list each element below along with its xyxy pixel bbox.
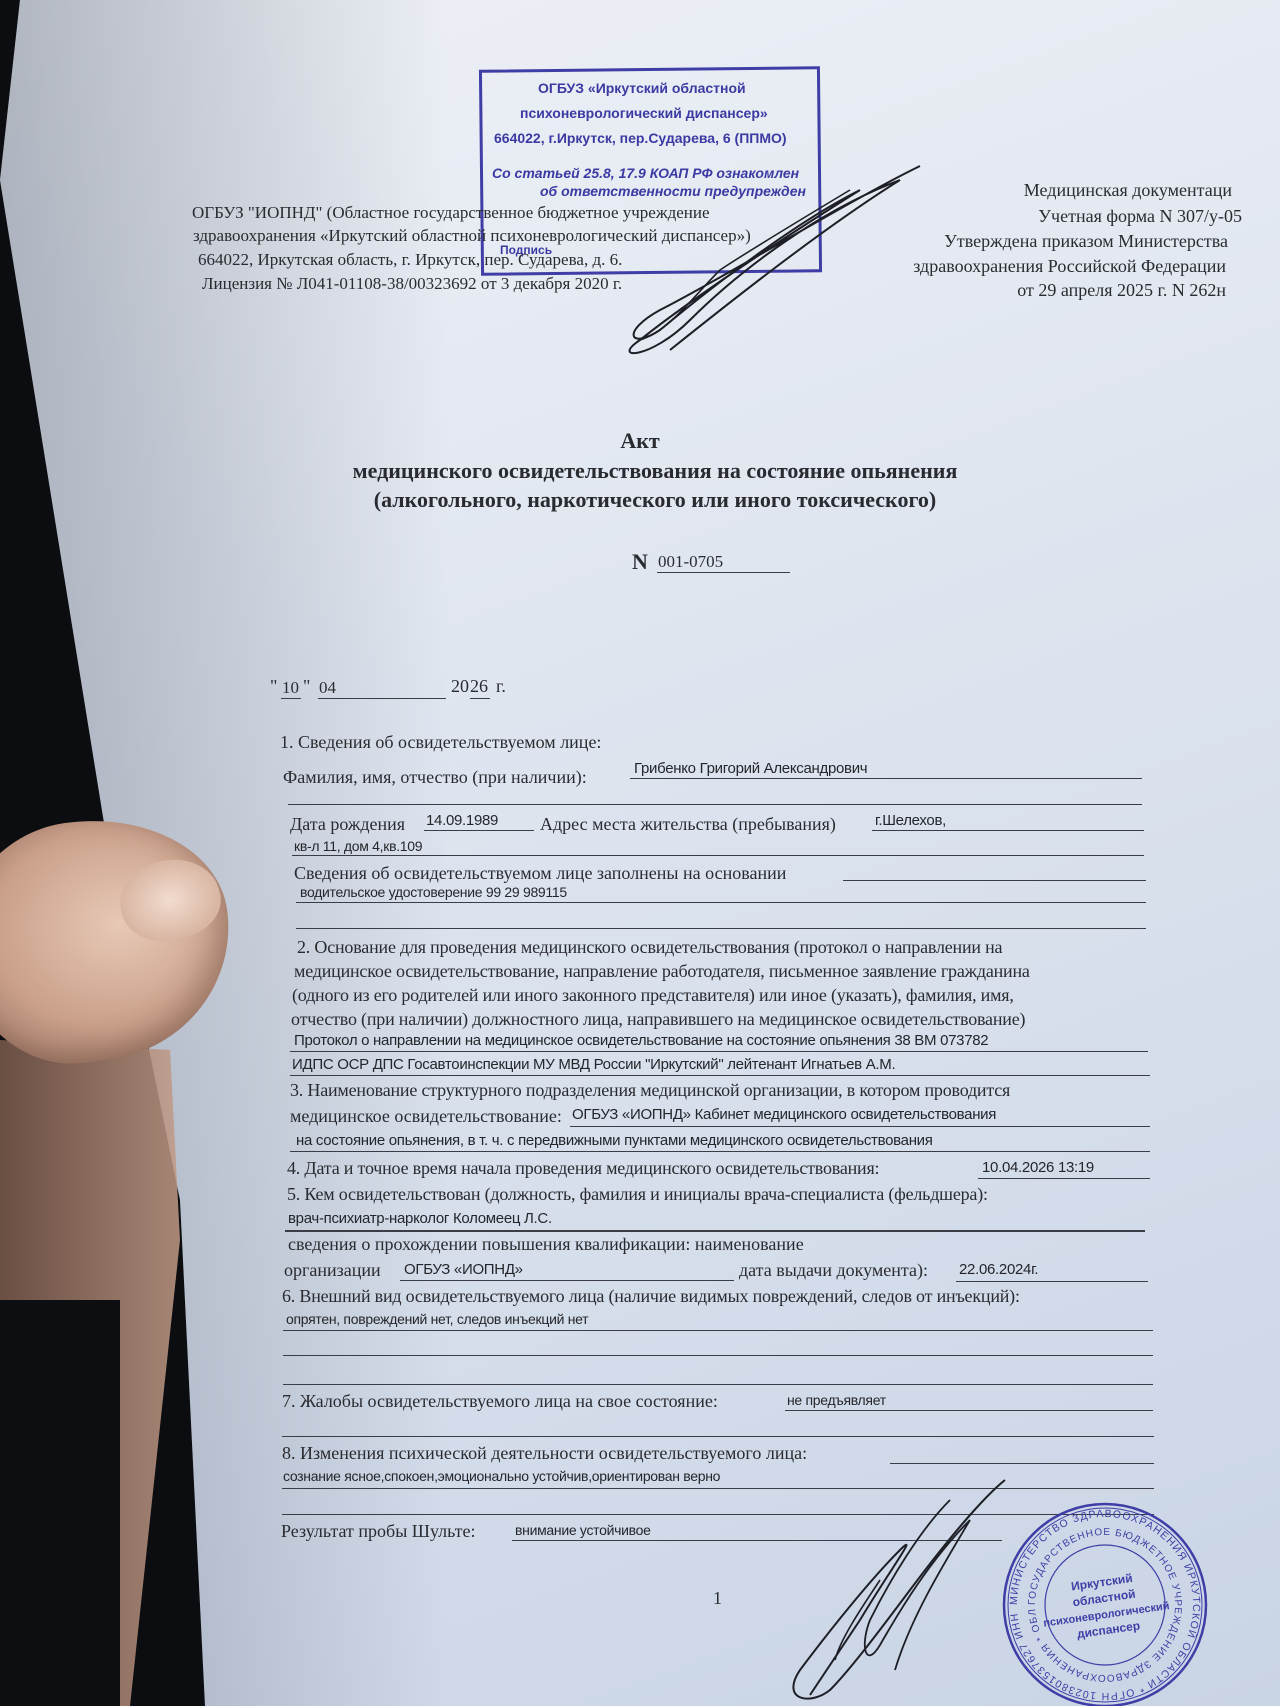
fio-label: Фамилия, имя, отчество (при наличии):	[283, 767, 587, 788]
complaints-value: не предъявляет	[787, 1392, 886, 1408]
address-value-continued: кв-л 11, дом 4,кв.109	[294, 838, 422, 854]
date-day: 10	[282, 678, 299, 698]
act-number: 001-0705	[658, 552, 723, 572]
basis-label: Сведения об освидетельствуемом лице запо…	[294, 863, 786, 884]
number-label: N	[632, 549, 648, 575]
examiner-value: врач-психиатр-нарколог Коломеец Л.С.	[288, 1210, 552, 1227]
date-year-prefix: 20	[451, 676, 469, 697]
section4-label: 4. Дата и точное время начала проведения…	[287, 1158, 879, 1179]
org-header-line: здравоохранения «Иркутский областной пси…	[193, 226, 751, 246]
issue-date-label: дата выдачи документа):	[739, 1260, 928, 1281]
section8-label: 8. Изменения психической деятельности ос…	[282, 1443, 807, 1464]
address-value: г.Шелехов,	[875, 812, 946, 829]
document-subtitle: медицинского освидетельствования на сост…	[0, 458, 1280, 484]
org-header-line: 664022, Иркутская область, г. Иркутск, п…	[198, 250, 622, 270]
form-header-line: здравоохранения Российской Федерации	[913, 256, 1226, 277]
exam-start-datetime: 10.04.2026 13:19	[982, 1159, 1094, 1176]
section2-text: медицинское освидетельствование, направл…	[294, 961, 1030, 982]
round-seal-stamp: МИНИСТЕРСТВО ЗДРАВООХРАНЕНИЯ ИРКУТСКОЙ О…	[1000, 1500, 1210, 1706]
section3-label: медицинское освидетельствование:	[290, 1106, 562, 1127]
section2-text: отчество (при наличии) должностного лица…	[291, 1009, 1025, 1030]
issue-date-value: 22.06.2024г.	[959, 1261, 1038, 1278]
section2-text: 2. Основание для проведения медицинского…	[297, 937, 1002, 958]
form-header-line: Медицинская документаци	[1024, 180, 1232, 201]
address-label: Адрес места жительства (пребывания)	[540, 814, 836, 835]
schulte-label: Результат пробы Шульте:	[281, 1521, 476, 1542]
stamp-line: психоневрологический диспансер»	[520, 105, 768, 121]
dob-value: 14.09.1989	[426, 812, 498, 829]
stamp-line: 664022, г.Иркутск, пер.Сударева, 6 (ППМО…	[494, 130, 787, 146]
section2-text: (одного из его родителей или иного закон…	[292, 985, 1014, 1006]
section7-label: 7. Жалобы освидетельствуемого лица на св…	[282, 1391, 718, 1412]
form-header-line: Утверждена приказом Министерства	[944, 231, 1228, 252]
section3-value-continued: на состояние опьянения, в т. ч. с передв…	[296, 1132, 933, 1149]
document-title: Акт	[0, 428, 1280, 454]
schulte-value: внимание устойчивое	[515, 1522, 651, 1538]
stamp-line: Со статьей 25.8, 17.9 КОАП РФ ознакомлен	[492, 165, 799, 181]
qualification-org-value: ОГБУЗ «ИОПНД»	[404, 1261, 523, 1278]
appearance-value: опрятен, повреждений нет, следов инъекци…	[286, 1311, 588, 1327]
section5-label: 5. Кем освидетельствован (должность, фам…	[287, 1184, 988, 1205]
fio-value: Грибенко Григорий Александрович	[634, 760, 867, 777]
underline	[657, 572, 790, 573]
section6-label: 6. Внешний вид освидетельствуемого лица …	[282, 1286, 1020, 1307]
org-header-line: ОГБУЗ "ИОПНД" (Областное государственное…	[192, 203, 710, 223]
org-header-line: Лицензия № Л041-01108-38/00323692 от 3 д…	[202, 274, 622, 294]
mental-state-value: сознание ясное,спокоен,эмоционально усто…	[283, 1468, 720, 1484]
basis-value: водительское удостоверение 99 29 989115	[300, 884, 567, 900]
date-year-label: г.	[496, 676, 506, 697]
section1-heading: 1. Сведения об освидетельствуемом лице:	[280, 732, 601, 753]
stamp-line: об ответственности предупрежден	[540, 183, 806, 199]
section3-heading: 3. Наименование структурного подразделен…	[290, 1080, 1010, 1101]
org-label: организации	[284, 1260, 381, 1281]
qualification-label: сведения о прохождении повышения квалифи…	[288, 1234, 804, 1255]
form-header-line: от 29 апреля 2025 г. N 262н	[1017, 280, 1226, 301]
background-dark	[0, 1300, 120, 1706]
page-number: 1	[713, 1588, 722, 1609]
stamp-line: ОГБУЗ «Иркутский областной	[538, 80, 746, 96]
section3-value: ОГБУЗ «ИОПНД» Кабинет медицинского освид…	[572, 1106, 996, 1123]
referring-officer-value: ИДПС ОСР ДПС Госавтоинспекции МУ МВД Рос…	[292, 1056, 895, 1073]
date-year-suffix: 26	[470, 676, 488, 697]
date-month: 04	[319, 678, 336, 698]
document-subtitle: (алкогольного, наркотического или иного …	[0, 487, 1280, 513]
form-header-line: Учетная форма N 307/у-05	[1038, 206, 1242, 227]
dob-label: Дата рождения	[290, 814, 405, 835]
referral-protocol-value: Протокол о направлении на медицинское ос…	[294, 1032, 988, 1049]
